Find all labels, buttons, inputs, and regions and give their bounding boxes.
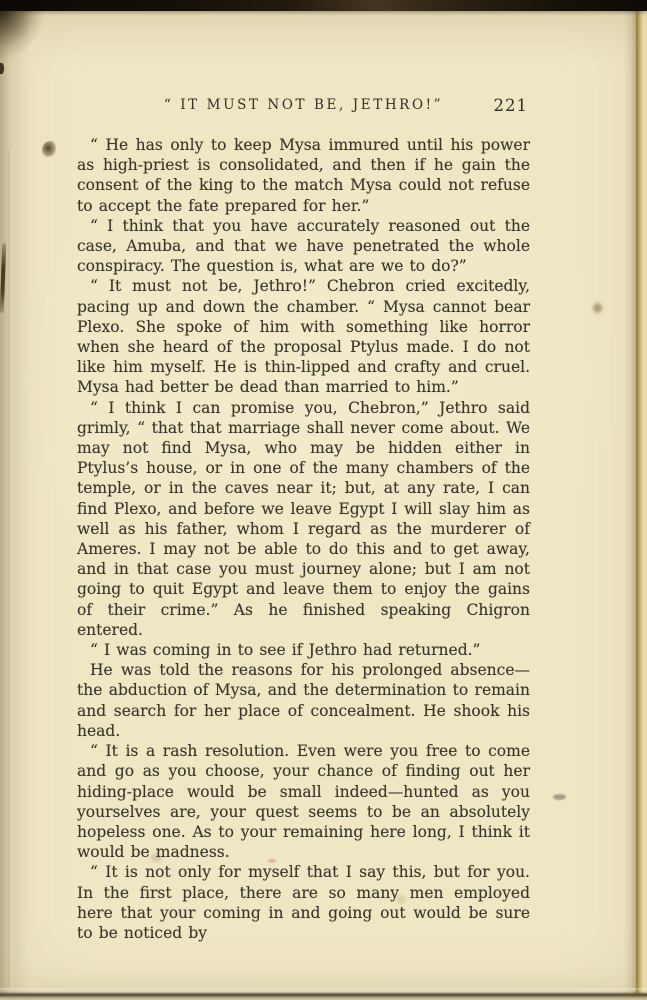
paragraph: “ He has only to keep Mysa immured until… bbox=[77, 135, 530, 216]
page-bottom-edge bbox=[0, 988, 647, 1000]
page-crease bbox=[7, 150, 13, 988]
scan-left-edge bbox=[0, 0, 32, 1000]
paragraph: “ It must not be, Jethro!” Chebron cried… bbox=[77, 276, 530, 397]
ink-smudge bbox=[42, 141, 56, 157]
foxing-spot bbox=[593, 303, 602, 313]
foxing-spot bbox=[553, 794, 566, 800]
running-header: “ IT MUST NOT BE, JETHRO!” 221 bbox=[77, 97, 530, 115]
paragraph: He was told the reasons for his prolonge… bbox=[77, 660, 530, 741]
scan-corner-shadow bbox=[0, 0, 80, 100]
paragraph: “ It is a rash resolution. Even were you… bbox=[77, 741, 530, 862]
page-right-edge bbox=[623, 0, 647, 1000]
paragraph: “ I think I can promise you, Chebron,” J… bbox=[77, 398, 530, 640]
paragraph: “ I was coming in to see if Jethro had r… bbox=[77, 640, 530, 660]
page-number: 221 bbox=[494, 96, 529, 115]
paragraph: “ It is not only for myself that I say t… bbox=[77, 862, 530, 943]
running-title: “ IT MUST NOT BE, JETHRO!” bbox=[77, 97, 530, 113]
scan-top-edge bbox=[0, 0, 647, 11]
book-page-scan: “ IT MUST NOT BE, JETHRO!” 221 “ He has … bbox=[0, 0, 647, 1000]
page-content: “ IT MUST NOT BE, JETHRO!” 221 “ He has … bbox=[77, 0, 530, 826]
page-paragraphs: “ He has only to keep Mysa immured until… bbox=[77, 135, 530, 943]
paragraph: “ I think that you have accurately reaso… bbox=[77, 216, 530, 277]
